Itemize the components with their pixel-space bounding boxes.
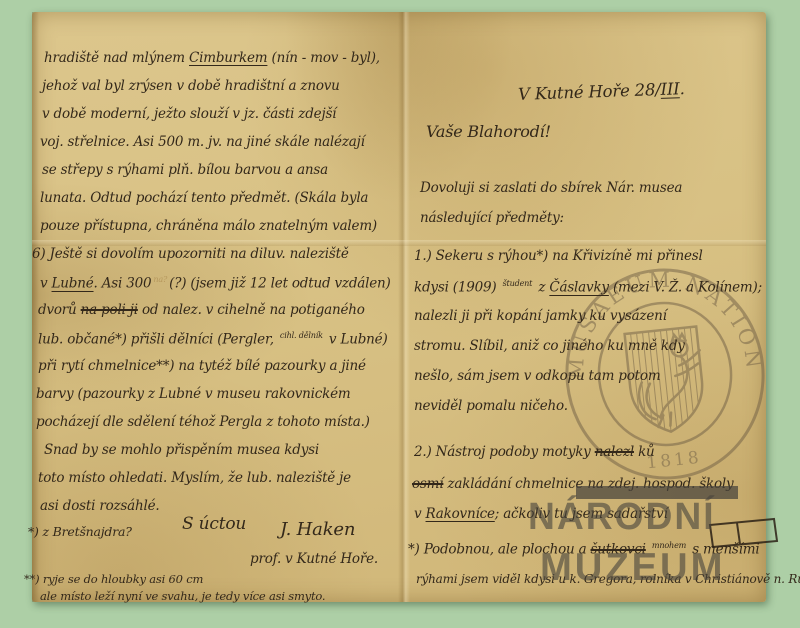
text-segment: III [660,79,680,99]
text-segment: osmí [412,476,443,492]
signature-name: J. Haken [280,519,355,540]
text-segment: voj. střelnice. Asi 500 m. jv. na jiné s… [40,134,365,150]
handwritten-line: nalezli ji při kopání jamky ku vysázení [414,308,667,324]
text-segment: na? [153,274,167,284]
text-segment: v Lubné) [325,332,388,348]
handwritten-line: 1.) Sekeru s rýhou*) na Křivizíně mi při… [414,248,703,264]
text-segment: Cimburkem [189,50,267,66]
text-segment: . [679,79,685,98]
footnote-doublestar-line: **) ryje se do hloubky asi 60 cm [24,572,203,586]
text-segment: v [414,506,426,522]
text-segment: *) z Bretšnajdra? [28,524,132,539]
text-segment: v době moderní, ježto slouží v jz. části… [42,106,336,122]
text-segment: z [534,280,549,296]
closing-salutation: S úctou [182,514,246,534]
text-segment: ků [634,444,655,460]
text-segment: **) ryje se do hloubky asi 60 cm [24,572,203,586]
text-segment: 1.) Sekeru s rýhou*) na Křivizíně mi při… [414,248,703,264]
text-segment: nalezl [595,444,634,460]
text-segment: lub. občané*) přišli dělníci (Pergler, [38,332,278,348]
signature-title: prof. v Kutné Hoře. [250,551,378,567]
text-segment: . Asi 300 [94,276,152,292]
text-segment: pocházejí dle sdělení téhož Pergla z toh… [36,414,370,430]
handwritten-line: jehož val byl zrýsen v době hradištní a … [42,78,340,94]
text-segment: neviděl pomalu ničeho. [414,398,568,414]
footnote-doublestar-line: ale místo leží nyní ve svahu, je tedy ví… [40,589,325,603]
text-segment: dvorů [38,302,81,318]
handwritten-line: při rytí chmelnice**) na tytéž bílé pazo… [38,358,366,374]
text-segment: následující předměty: [420,210,564,226]
text-segment: Rakovníce [426,506,495,522]
text-segment: Snad by se mohlo přispěním musea kdysi [44,442,319,458]
text-segment: (mezi V. Ž. a Kolínem); [609,280,762,296]
text-segment: Dovoluji si zaslati do sbírek Nár. musea [420,180,682,196]
center-fold-crease [398,12,410,602]
text-segment: J. Haken [280,519,355,540]
narodni-muzeum-watermark: MUZEUM [540,546,725,590]
handwritten-line: v době moderní, ježto slouží v jz. části… [42,106,336,122]
text-segment: nalezli ji při kopání jamky ku vysázení [414,308,667,324]
text-segment: (?) (jsem již 12 let odtud vzdálen) [169,276,390,292]
text-segment: toto místo ohledati. Myslím, že lub. nal… [38,470,351,486]
handwritten-line: hradiště nad mlýnem Cimburkem (nín - mov… [44,50,380,66]
text-segment: od nalez. v cihelně na potiganého [138,302,365,318]
text-segment: při rytí chmelnice**) na tytéž bílé pazo… [38,358,366,374]
text-segment: stromu. Slíbil, aniž co jiného ku mně kd… [414,338,685,354]
text-segment: kdysi (1909) [414,280,501,296]
text-segment: Lubné [52,276,94,292]
handwritten-line: Dovoluji si zaslati do sbírek Nár. musea [420,180,682,196]
text-segment: prof. v Kutné Hoře. [250,551,378,567]
handwritten-line: lub. občané*) přišli dělníci (Pergler, c… [38,330,388,348]
text-segment: pouze přístupna, chráněna málo znatelným… [40,218,377,234]
text-segment: lunata. Odtud pochází tento předmět. (Sk… [40,190,368,206]
handwritten-line: lunata. Odtud pochází tento předmět. (Sk… [40,190,368,206]
handwritten-line: pouze přístupna, chráněna málo znatelným… [40,218,377,234]
text-segment: se střepy s rýhami plň. bílou barvou a a… [42,162,328,178]
handwritten-line: v Lubné. Asi 300na?(?) (jsem již 12 let … [40,274,391,292]
handwritten-line: kdysi (1909) študent z Čáslavky (mezi V.… [414,278,762,296]
handwritten-line: Snad by se mohlo přispěním musea kdysi [44,442,319,458]
text-segment: asi dosti rozsáhlé. [40,498,159,514]
text-segment: 2.) Nástroj podoby motyky [414,444,595,460]
handwritten-line: neviděl pomalu ničeho. [414,398,568,414]
footnote-star: *) z Bretšnajdra? [28,524,132,539]
handwritten-line: asi dosti rozsáhlé. [40,498,159,514]
handwritten-line: stromu. Slíbil, aniž co jiného ku mně kd… [414,338,685,354]
text-segment: jehož val byl zrýsen v době hradištní a … [42,78,340,94]
handwritten-line: barvy (pazourky z Lubné v museu rakovnic… [36,386,351,402]
handwritten-line: nešlo, sám jsem v odkopu tam potom [414,368,660,384]
salutation: Vaše Blahorodí! [426,122,551,141]
text-segment: v [40,276,52,292]
handwritten-line: dvorů na poli ji od nalez. v cihelně na … [38,302,365,318]
text-segment: na poli ji [81,302,138,318]
narodni-muzeum-watermark: NÁRODNÍ [528,496,716,539]
text-segment: cihl. dělník [280,330,323,340]
text-segment: ale místo leží nyní ve svahu, je tedy ví… [40,589,325,603]
handwritten-line: voj. střelnice. Asi 500 m. jv. na jiné s… [40,134,365,150]
handwritten-line: 2.) Nástroj podoby motyky nalezl ků [414,444,655,460]
handwritten-line: pocházejí dle sdělení téhož Pergla z toh… [36,414,370,430]
text-segment: hradiště nad mlýnem [44,50,189,66]
text-segment: barvy (pazourky z Lubné v museu rakovnic… [36,386,351,402]
text-segment: (nín - mov - byl), [267,50,379,66]
handwritten-line: 6) Ještě si dovolím upozorniti na diluv.… [32,246,349,262]
text-segment: Čáslavky [549,280,609,296]
handwritten-line: se střepy s rýhami plň. bílou barvou a a… [42,162,328,178]
text-segment: nešlo, sám jsem v odkopu tam potom [414,368,660,384]
text-segment: študent [503,278,533,288]
handwritten-line: následující předměty: [420,210,564,226]
text-segment: Vaše Blahorodí! [426,122,551,141]
letter-scan: MUSAEUM NATIONALE 1818 hradiště nad mlýn… [0,0,800,628]
text-segment: 6) Ještě si dovolím upozorniti na diluv.… [32,246,349,262]
handwritten-line: toto místo ohledati. Myslím, že lub. nal… [38,470,351,486]
text-segment: S úctou [182,514,246,534]
